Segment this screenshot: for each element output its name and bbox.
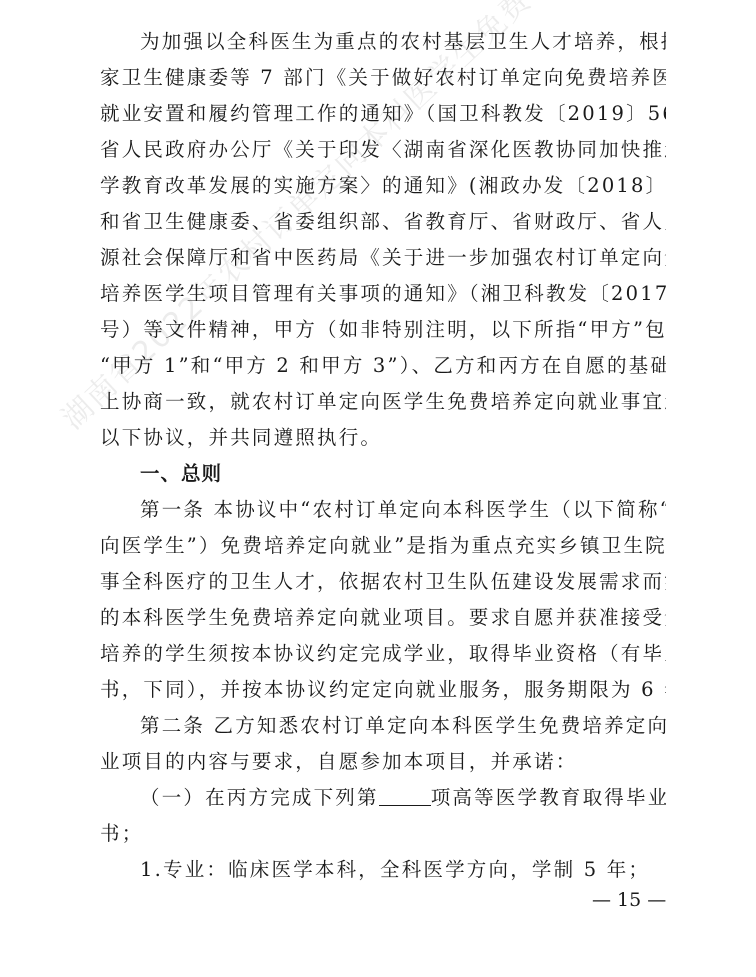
text-line: 就业安置和履约管理工作的通知》（国卫科教发〔2019〕56 号）、: [100, 96, 666, 132]
document-body: 为加强以全科医生为重点的农村基层卫生人才培养，根据国 家卫生健康委等 7 部门《…: [100, 24, 666, 888]
article-2: 第二条 乙方知悉农村订单定向本科医学生免费培养定向就 业项目的内容与要求，自愿参…: [100, 708, 666, 780]
item-1-major: 1.专业：临床医学本科，全科医学方向，学制 5 年；: [100, 852, 666, 888]
text-line: 书；: [100, 816, 666, 852]
text-line: 为加强以全科医生为重点的农村基层卫生人才培养，根据国: [100, 24, 666, 60]
text-line: 培养的学生须按本协议约定完成学业，取得毕业资格（有毕业证: [100, 636, 666, 672]
text-line: 书，下同），并按本协议约定定向就业服务，服务期限为 6 年。: [100, 672, 666, 708]
fill-in-blank: [379, 783, 431, 806]
clause-text-after-blank: 项高等医学教育取得毕业证: [431, 786, 666, 809]
text-line: 省人民政府办公厅《关于印发〈湖南省深化医教协同加快推进医: [100, 132, 666, 168]
text-line: 业项目的内容与要求，自愿参加本项目，并承诺：: [100, 744, 666, 780]
text-line: 以下协议，并共同遵照执行。: [100, 420, 666, 456]
page-number: — 15 —: [592, 886, 666, 914]
clause-text-before-blank: （一）在丙方完成下列第: [140, 786, 379, 809]
text-line: 号）等文件精神，甲方（如非特别注明，以下所指“甲方”包括: [100, 312, 666, 348]
section-heading-general-provisions: 一、总则: [100, 456, 666, 492]
clause-1: （一）在丙方完成下列第项高等医学教育取得毕业证 书；: [100, 780, 666, 852]
text-line: “甲方 1”和“甲方 2 和甲方 3”）、乙方和丙方在自愿的基础: [100, 348, 666, 384]
text-line: 第二条 乙方知悉农村订单定向本科医学生免费培养定向就: [100, 708, 666, 744]
text-line: （一）在丙方完成下列第项高等医学教育取得毕业证: [100, 780, 666, 816]
text-line: 向医学生”）免费培养定向就业”是指为重点充实乡镇卫生院从: [100, 528, 666, 564]
text-line: 的本科医学生免费培养定向就业项目。要求自愿并获准接受免费: [100, 600, 666, 636]
text-line: 事全科医疗的卫生人才，依据农村卫生队伍建设发展需求而实施: [100, 564, 666, 600]
text-line: 培养医学生项目管理有关事项的通知》（湘卫科教发〔2017〕3: [100, 276, 666, 312]
text-line: 第一条 本协议中“农村订单定向本科医学生（以下简称“定: [100, 492, 666, 528]
intro-paragraph: 为加强以全科医生为重点的农村基层卫生人才培养，根据国 家卫生健康委等 7 部门《…: [100, 24, 666, 456]
text-line: 学教育改革发展的实施方案〉的通知》(湘政办发〔2018〕17 号）: [100, 168, 666, 204]
text-line: 和省卫生健康委、省委组织部、省教育厅、省财政厅、省人力资: [100, 204, 666, 240]
text-line: 源社会保障厅和省中医药局《关于进一步加强农村订单定向免费: [100, 240, 666, 276]
text-line: 上协商一致，就农村订单定向医学生免费培养定向就业事宜达成: [100, 384, 666, 420]
text-line: 家卫生健康委等 7 部门《关于做好农村订单定向免费培养医学生: [100, 60, 666, 96]
article-1: 第一条 本协议中“农村订单定向本科医学生（以下简称“定 向医学生”）免费培养定向…: [100, 492, 666, 708]
document-page: 湖南省2022年农村订单定向本科医学生免费培养定向就业文件 为加强以全科医生为重…: [0, 0, 756, 977]
